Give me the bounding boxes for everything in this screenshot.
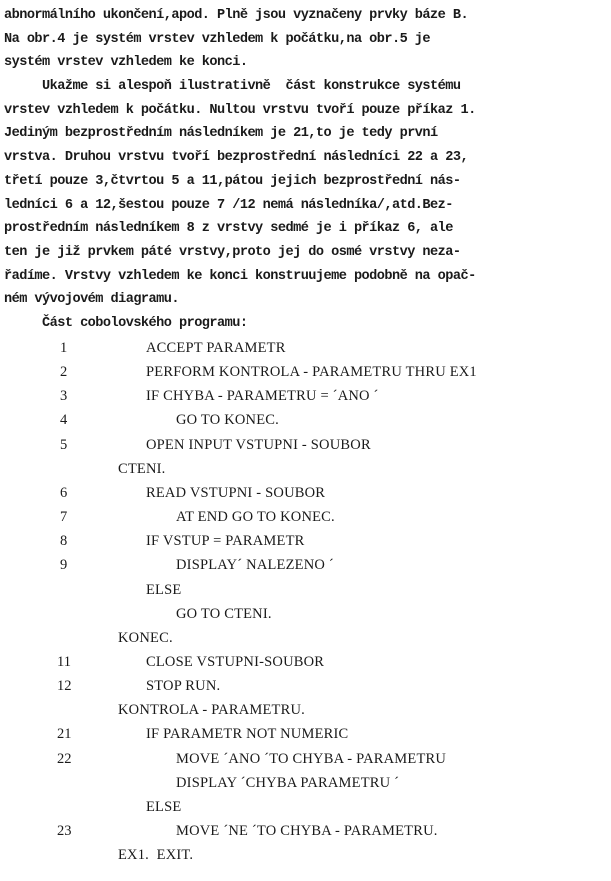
code-text: CTENI.	[118, 461, 166, 478]
text-line: řadíme. Vrstvy vzhledem ke konci konstru…	[4, 265, 604, 289]
text-line: vrstev vzhledem k počátku. Nultou vrstvu…	[4, 99, 604, 123]
line-number: 12	[57, 678, 97, 695]
text-line: ten je již prvkem páté vrstvy,proto jej …	[4, 241, 604, 265]
text-line: Část cobolovského programu:	[4, 312, 604, 336]
code-text: OPEN INPUT VSTUPNI - SOUBOR	[146, 437, 371, 454]
code-text: IF VSTUP = PARAMETR	[146, 533, 305, 550]
text-line: prostředním následníkem 8 z vrstvy sedmé…	[4, 217, 604, 241]
text-line: Jediným bezprostředním následníkem je 21…	[4, 122, 604, 146]
line-number: 9	[60, 557, 100, 574]
text-line: abnormálního ukončení,apod. Plně jsou vy…	[4, 4, 604, 28]
line-number: 3	[60, 388, 100, 405]
code-text: AT END GO TO KONEC.	[176, 509, 335, 526]
code-text: MOVE ´ANO ´TO CHYBA - PARAMETRU	[176, 751, 446, 768]
code-text: ELSE	[146, 582, 181, 599]
text-line: vrstva. Druhou vrstvu tvoří bezprostředn…	[4, 146, 604, 170]
line-number: 5	[60, 437, 100, 454]
line-number: 8	[60, 533, 100, 550]
code-text: IF PARAMETR NOT NUMERIC	[146, 726, 348, 743]
code-text: CLOSE VSTUPNI-SOUBOR	[146, 654, 324, 671]
line-number: 2	[60, 364, 100, 381]
code-text: DISPLAY´ NALEZENO ´	[176, 557, 334, 574]
code-text: KONTROLA - PARAMETRU.	[118, 702, 305, 719]
text-line: systém vrstev vzhledem ke konci.	[4, 51, 604, 75]
prose-paragraph: abnormálního ukončení,apod. Plně jsou vy…	[4, 4, 604, 336]
code-text: ELSE	[146, 799, 181, 816]
text-line: třetí pouze 3,čtvrtou 5 a 11,pátou jejic…	[4, 170, 604, 194]
line-number: 21	[57, 726, 97, 743]
line-number: 6	[60, 485, 100, 502]
code-text: GO TO CTENI.	[176, 606, 272, 623]
line-number: 4	[60, 412, 100, 429]
line-number: 7	[60, 509, 100, 526]
text-line: Ukažme si alespoň ilustrativně část kons…	[4, 75, 604, 99]
code-text: EX1. EXIT.	[118, 847, 193, 864]
code-text: DISPLAY ´CHYBA PARAMETRU ´	[176, 775, 399, 792]
line-number: 1	[60, 340, 100, 357]
code-text: MOVE ´NE ´TO CHYBA - PARAMETRU.	[176, 823, 438, 840]
code-text: GO TO KONEC.	[176, 412, 279, 429]
code-text: IF CHYBA - PARAMETRU = ´ANO ´	[146, 388, 379, 405]
line-number: 22	[57, 751, 97, 768]
code-text: PERFORM KONTROLA - PARAMETRU THRU EX1	[146, 364, 477, 381]
code-text: ACCEPT PARAMETR	[146, 340, 286, 357]
line-number: 23	[57, 823, 97, 840]
code-text: STOP RUN.	[146, 678, 220, 695]
text-line: Na obr.4 je systém vrstev vzhledem k poč…	[4, 28, 604, 52]
code-text: KONEC.	[118, 630, 173, 647]
code-text: READ VSTUPNI - SOUBOR	[146, 485, 325, 502]
text-line: ném vývojovém diagramu.	[4, 288, 604, 312]
line-number: 11	[57, 654, 97, 671]
text-line: ledníci 6 a 12,šestou pouze 7 /12 nemá n…	[4, 194, 604, 218]
